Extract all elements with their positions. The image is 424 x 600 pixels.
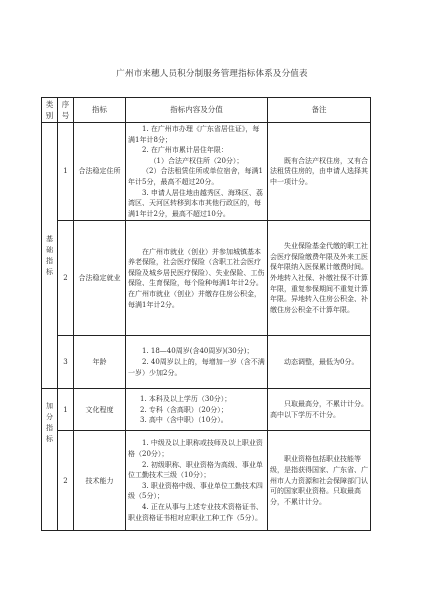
page-title: 广州市来穗人员积分制服务管理指标体系及分值表: [0, 67, 424, 79]
header-content: 指标内容及分值: [126, 98, 268, 123]
row-remark: 职业资格包括职业技能等级，是指获得国家、广东省、广州市人力资源和社会保障部门认可…: [268, 431, 371, 531]
row-seq: 2: [58, 431, 74, 531]
row-indicator: 年龄: [74, 336, 126, 389]
category-bonus: 加分 指标: [42, 389, 58, 531]
row-remark: 动态调整，最低为0分。: [268, 336, 371, 389]
row-seq: 3: [58, 336, 74, 389]
row-remark: 只取最高分，不累计计分。高中以下学历不计分。: [268, 389, 371, 431]
header-remark: 备注: [268, 98, 371, 123]
table-row: 2 技术能力 1. 中级及以上职称或技师及以上职业资格（20分）； 2. 初级职…: [42, 431, 371, 531]
row-seq: 1: [58, 123, 74, 221]
row-indicator: 合法稳定就业: [74, 221, 126, 336]
row-content: 1. 中级及以上职称或技师及以上职业资格（20分）； 2. 初级职称、职业资格为…: [126, 431, 268, 531]
row-indicator: 文化程度: [74, 389, 126, 431]
table-row: 加分 指标 1 文化程度 1. 本科及以上学历（30分）； 2. 专科（含高职）…: [42, 389, 371, 431]
header-indicator: 指标: [74, 98, 126, 123]
row-seq: 2: [58, 221, 74, 336]
row-indicator: 合法稳定住所: [74, 123, 126, 221]
row-seq: 1: [58, 389, 74, 431]
header-seq: 序号: [58, 98, 74, 123]
row-content: 在广州市就业（创业）并参加城镇基本养老保险，社会医疗保险（含职工社会医疗保险及城…: [126, 221, 268, 336]
indicator-table: 类别 序号 指标 指标内容及分值 备注 基础 指标 1 合法稳定住所 1. 在广…: [41, 97, 371, 531]
row-content: 1. 18—40周岁(含40周岁)(30分)； 2. 40周岁以上的，每增加一岁…: [126, 336, 268, 389]
row-content: 1. 本科及以上学历（30分）； 2. 专科（含高职）（20分）； 3. 高中（…: [126, 389, 268, 431]
table-row: 基础 指标 1 合法稳定住所 1. 在广州市办理《广东省居住证》，每满1年计8分…: [42, 123, 371, 221]
row-content: 1. 在广州市办理《广东省居住证》，每满1年计8分； 2. 在广州市累计居住年限…: [126, 123, 268, 221]
row-remark: 失业保险基金代缴的职工社会医疗保险缴费年限及外来工医保年限纳入医保累计缴费时间。…: [268, 221, 371, 336]
header-category: 类别: [42, 98, 58, 123]
table-row: 3 年龄 1. 18—40周岁(含40周岁)(30分)； 2. 40周岁以上的，…: [42, 336, 371, 389]
category-basic: 基础 指标: [42, 123, 58, 389]
row-indicator: 技术能力: [74, 431, 126, 531]
table-row: 2 合法稳定就业 在广州市就业（创业）并参加城镇基本养老保险，社会医疗保险（含职…: [42, 221, 371, 336]
table-header-row: 类别 序号 指标 指标内容及分值 备注: [42, 98, 371, 123]
row-remark: 既有合法产权住房，又有合法租赁住房的，由申请人选择其中一项计分。: [268, 123, 371, 221]
